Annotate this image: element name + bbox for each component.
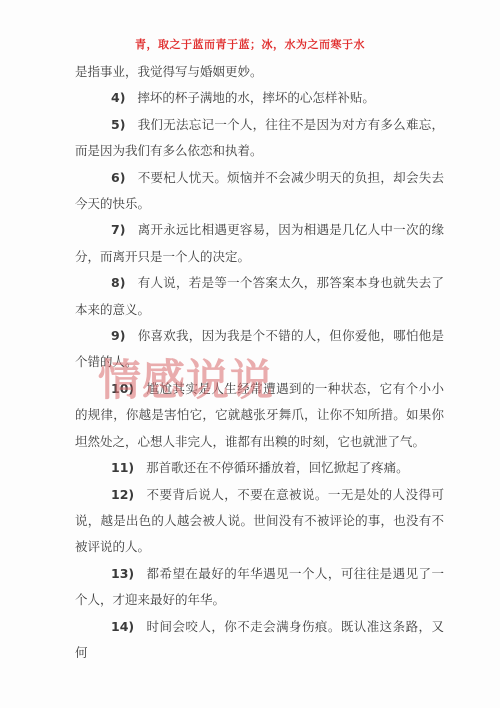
list-item: 10)尴尬其实是人生经常遭遇到的一种状态，它有个小小的规律，你越是害怕它，它就越… <box>75 376 444 455</box>
list-item: 7)离开永远比相遇更容易，因为相遇是几亿人中一次的缘分，而离开只是一个人的决定。 <box>75 217 444 270</box>
list-item: 13)都希望在最好的年华遇见一个人，可往往是遇见了一个人，才迎来最好的年华。 <box>75 561 444 614</box>
list-item-text: 你喜欢我，因为我是个不错的人，但你爱他，哪怕他是个错的人。 <box>75 328 444 369</box>
list-item-text: 不要杞人忧天。烦恼并不会减少明天的负担，却会失去今天的快乐。 <box>75 170 444 211</box>
list-item: 12)不要背后说人，不要在意被说。一无是处的人没得可说，越是出色的人越会被人说。… <box>75 482 444 561</box>
list-item: 8)有人说，若是等一个答案太久，那答案本身也就失去了本来的意义。 <box>75 270 444 323</box>
list-item: 4)摔坏的杯子满地的水，摔坏的心怎样补贴。 <box>75 85 444 111</box>
list-item-number: 5) <box>111 117 125 132</box>
list-item-number: 14) <box>111 619 134 634</box>
document-content: 是指事业，我觉得写与婚姻更妙。 4)摔坏的杯子满地的水，摔坏的心怎样补贴。 5)… <box>75 59 444 666</box>
list-item-text: 我们无法忘记一个人，往往不是因为对方有多么难忘，而是因为我们有多么依恋和执着。 <box>75 117 444 158</box>
page-header-title: 青，取之于蓝而青于蓝；冰，水为之而寒于水 <box>0 36 500 52</box>
list-item-text: 有人说，若是等一个答案太久，那答案本身也就失去了本来的意义。 <box>75 275 444 316</box>
list-item: 11)那首歌还在不停循环播放着，回忆掀起了疼痛。 <box>75 455 444 481</box>
list-item-text: 那首歌还在不停循环播放着，回忆掀起了疼痛。 <box>146 460 409 475</box>
list-item-text: 摔坏的杯子满地的水，摔坏的心怎样补贴。 <box>137 90 375 105</box>
list-item-number: 9) <box>111 328 125 343</box>
list-item-number: 4) <box>111 90 125 105</box>
list-item: 5)我们无法忘记一个人，往往不是因为对方有多么难忘，而是因为我们有多么依恋和执着… <box>75 112 444 165</box>
list-item: 14)时间会咬人，你不走会满身伤痕。既认准这条路，又何 <box>75 614 444 667</box>
list-item-number: 8) <box>111 275 125 290</box>
continuation-paragraph: 是指事业，我觉得写与婚姻更妙。 <box>75 59 444 85</box>
list-item-number: 10) <box>111 381 134 396</box>
list-item: 6)不要杞人忧天。烦恼并不会减少明天的负担，却会失去今天的快乐。 <box>75 165 444 218</box>
list-item-text: 离开永远比相遇更容易，因为相遇是几亿人中一次的缘分，而离开只是一个人的决定。 <box>75 222 444 263</box>
list-item-number: 11) <box>111 460 134 475</box>
numbered-list: 4)摔坏的杯子满地的水，摔坏的心怎样补贴。 5)我们无法忘记一个人，往往不是因为… <box>75 85 444 666</box>
list-item: 9)你喜欢我，因为我是个不错的人，但你爱他，哪怕他是个错的人。 <box>75 323 444 376</box>
document-page: 青，取之于蓝而青于蓝；冰，水为之而寒于水 是指事业，我觉得写与婚姻更妙。 4)摔… <box>0 0 500 708</box>
list-item-number: 6) <box>111 170 125 185</box>
list-item-number: 7) <box>111 222 125 237</box>
list-item-number: 12) <box>111 487 134 502</box>
list-item-number: 13) <box>111 566 134 581</box>
